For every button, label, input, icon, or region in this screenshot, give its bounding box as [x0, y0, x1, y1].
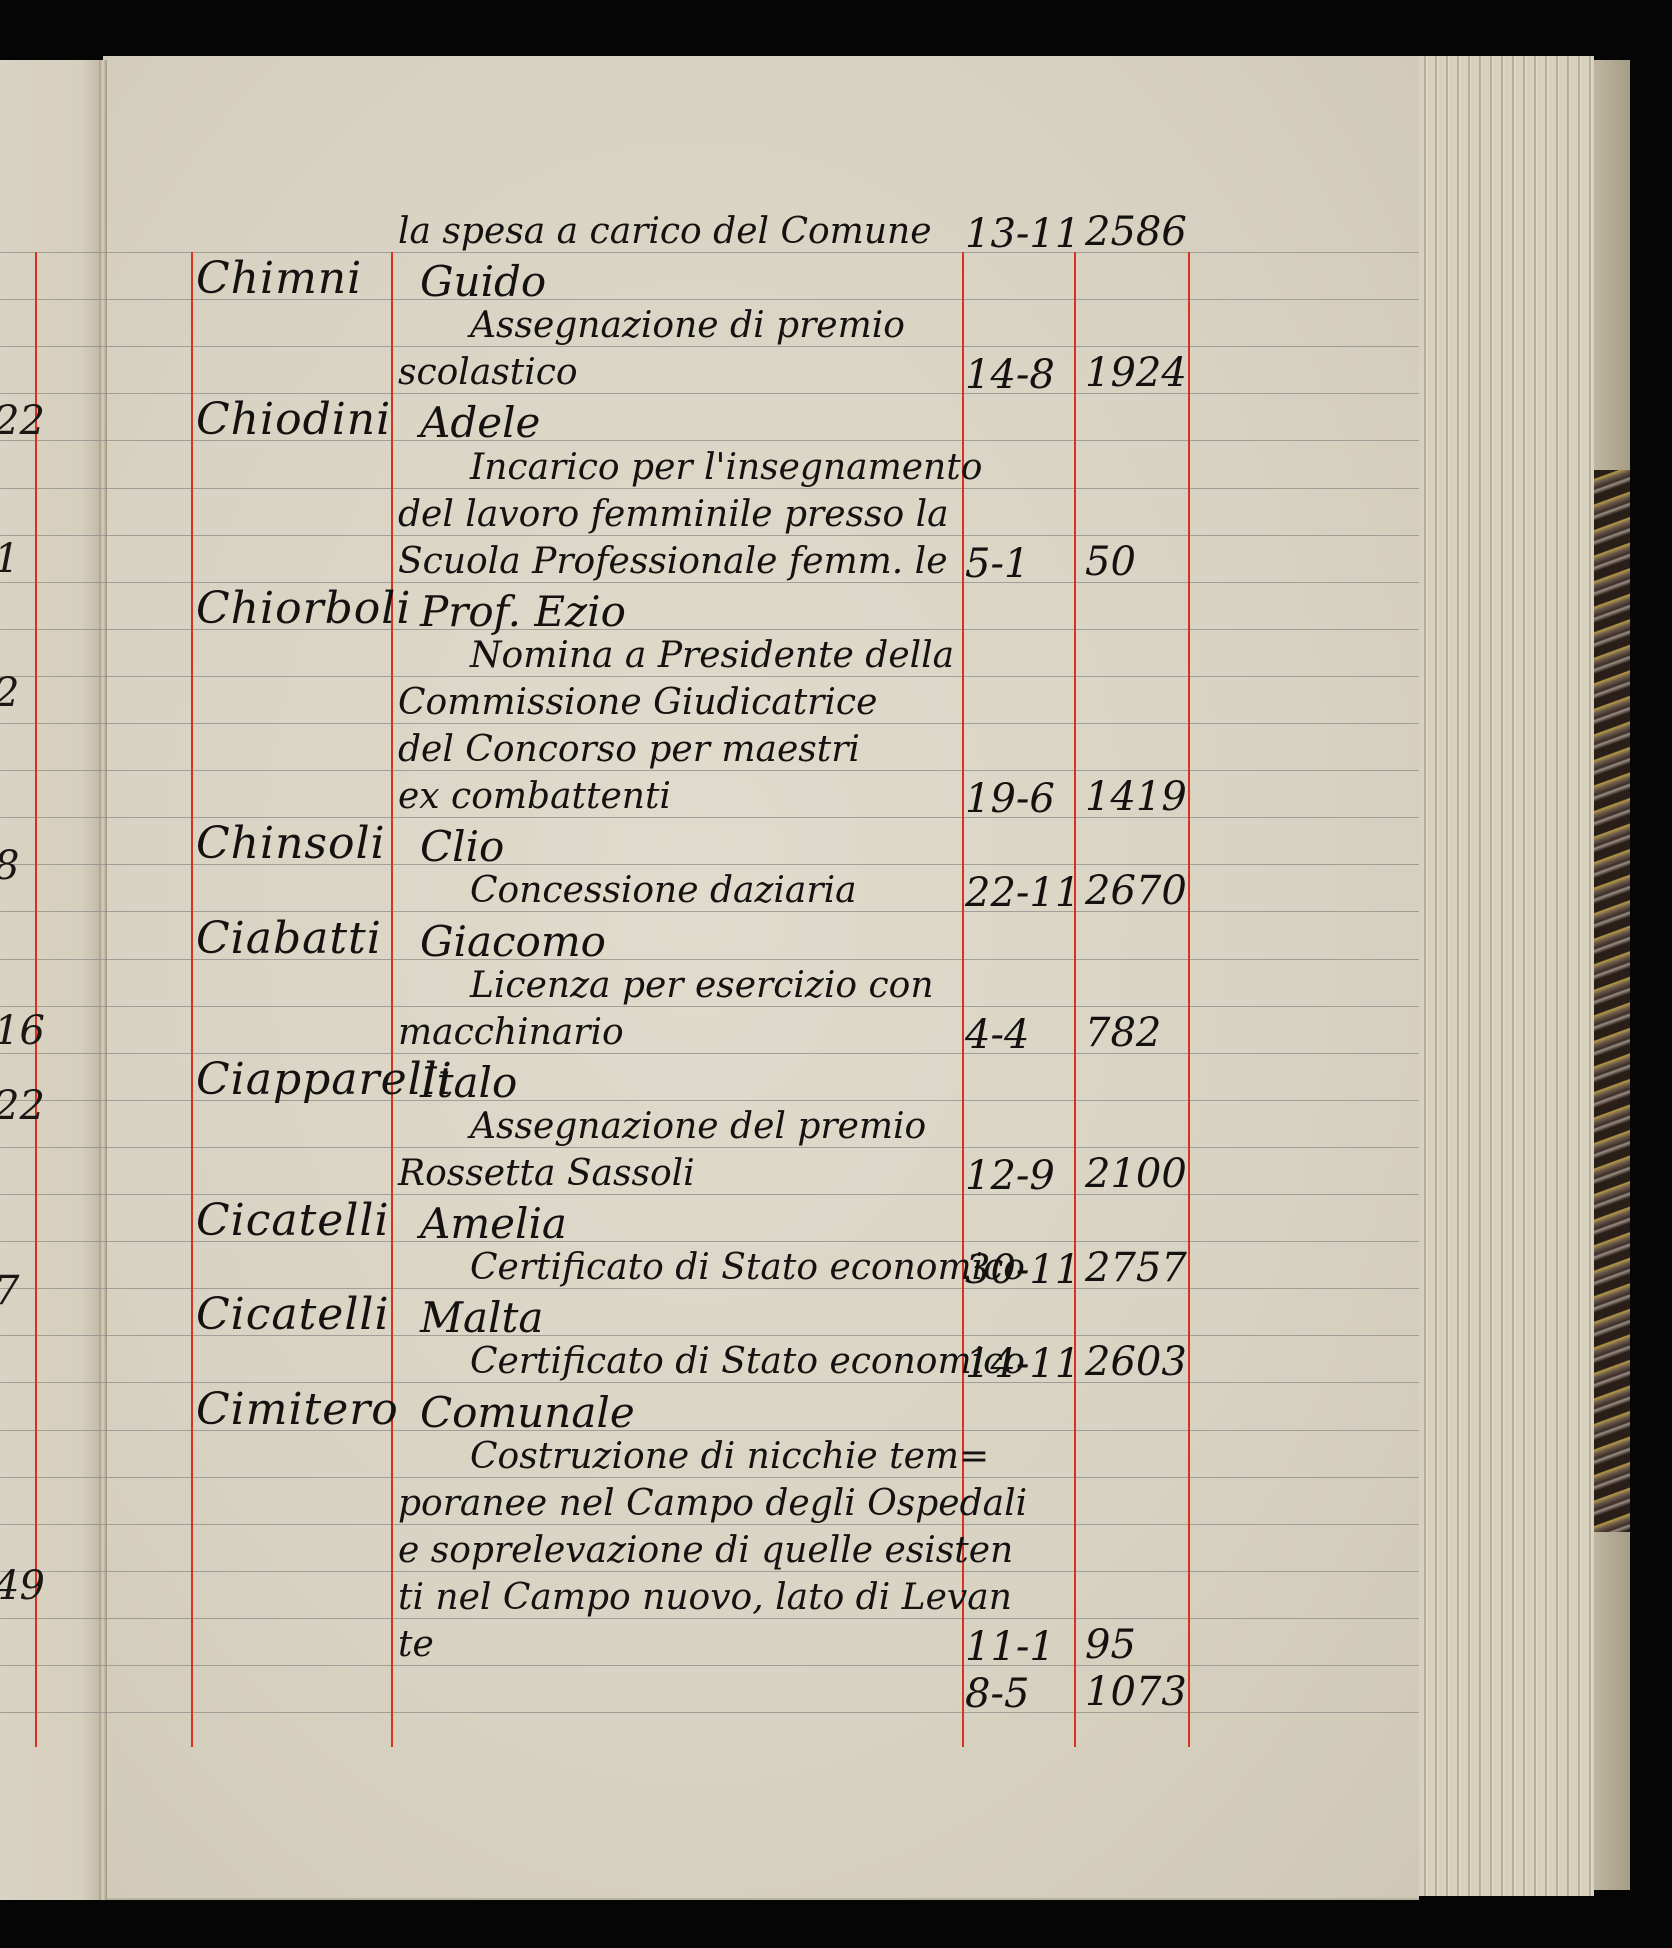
entry-surname: Chiorboli — [196, 587, 411, 631]
entry-date: 5-1 — [965, 544, 1029, 584]
ruled-line — [0, 723, 1419, 724]
ruled-line — [0, 1618, 1419, 1619]
entry-protocol-number: 2586 — [1085, 212, 1187, 252]
entry-date: 4-4 — [965, 1015, 1029, 1055]
entry-description: Assegnazione del premio — [470, 1109, 926, 1145]
entry-protocol-number: 1419 — [1085, 777, 1187, 817]
entry-description: Licenza per esercizio con — [470, 968, 934, 1004]
left-page-number-fragment: 8 — [0, 846, 19, 886]
entry-protocol-number: 50 — [1085, 542, 1136, 582]
red-column-rule — [1074, 252, 1076, 1747]
ruled-line — [0, 1712, 1419, 1713]
entry-description: del lavoro femminile presso la — [398, 497, 949, 533]
ruled-line — [0, 535, 1419, 536]
entry-date: 19-6 — [965, 779, 1055, 819]
entry-given-name: Italo — [420, 1062, 517, 1104]
entry-description: Certificato di Stato economico — [470, 1344, 1025, 1380]
entry-description: scolastico — [398, 355, 578, 391]
entry-date: 8-5 — [965, 1674, 1029, 1714]
ruled-line — [0, 1382, 1419, 1383]
entry-description: poranee nel Campo degli Ospedali — [398, 1486, 1027, 1522]
entry-date: 30-11 — [965, 1250, 1080, 1290]
entry-surname: Cicatelli — [196, 1293, 390, 1337]
ruled-line — [0, 1147, 1419, 1148]
left-page-number-fragment: 22 — [0, 401, 45, 441]
entry-protocol-number: 1924 — [1085, 353, 1187, 393]
entry-given-name: Malta — [420, 1297, 543, 1339]
entry-description: del Concorso per maestri — [398, 732, 860, 768]
entry-surname: Chimni — [196, 257, 362, 301]
entry-description: Commissione Giudicatrice — [398, 685, 877, 721]
entry-surname: Chiodini — [196, 398, 391, 442]
entry-surname: Cimitero — [196, 1388, 399, 1432]
ruled-line — [0, 1571, 1419, 1572]
entry-description: ti nel Campo nuovo, lato di Levan — [398, 1580, 1012, 1616]
entry-surname: Cicatelli — [196, 1199, 390, 1243]
entry-protocol-number: 95 — [1085, 1625, 1136, 1665]
entry-description: macchinario — [398, 1015, 624, 1051]
entry-given-name: Guido — [420, 261, 546, 303]
left-page-number-fragment: 2 — [0, 673, 19, 713]
entry-description: ex combattenti — [398, 779, 671, 815]
entry-description: te — [398, 1627, 434, 1663]
entry-given-name: Comunale — [420, 1392, 635, 1434]
ruled-line — [0, 1524, 1419, 1525]
entry-surname: Ciabatti — [196, 917, 382, 961]
ruled-line — [0, 911, 1419, 912]
left-page-number-fragment: 7 — [0, 1271, 19, 1311]
entry-description: Assegnazione di premio — [470, 308, 905, 344]
entry-description: Scuola Professionale femm. le — [398, 544, 948, 580]
entry-description: e soprelevazione di quelle esisten — [398, 1533, 1013, 1569]
entry-date: 12-9 — [965, 1156, 1055, 1196]
entry-description: Nomina a Presidente della — [470, 638, 954, 674]
ruled-line — [0, 770, 1419, 771]
entry-given-name: Adele — [420, 402, 540, 444]
red-column-rule — [391, 252, 393, 1747]
ruled-line — [0, 488, 1419, 489]
entry-protocol-number: 1073 — [1085, 1672, 1187, 1712]
left-page-number-fragment: 22 — [0, 1086, 45, 1126]
ruled-line — [0, 1006, 1419, 1007]
entry-date: 13-11 — [965, 214, 1080, 254]
entry-description: Incarico per l'insegnamento — [470, 450, 982, 486]
red-column-rule — [191, 252, 193, 1747]
red-column-rule — [35, 252, 37, 1747]
entry-date: 14-11 — [965, 1344, 1080, 1384]
entry-date: 14-8 — [965, 355, 1055, 395]
ruled-line — [0, 676, 1419, 677]
entry-protocol-number: 2670 — [1085, 871, 1187, 911]
ruled-line — [0, 346, 1419, 347]
entry-protocol-number: 2100 — [1085, 1154, 1187, 1194]
left-page-number-fragment: 1 — [0, 539, 19, 579]
entry-given-name: Clio — [420, 826, 504, 868]
entry-description: la spesa a carico del Comune — [398, 214, 932, 250]
entry-surname: Chinsoli — [196, 822, 386, 866]
entry-protocol-number: 782 — [1085, 1013, 1161, 1053]
left-page-number-fragment: 16 — [0, 1011, 45, 1051]
entry-date: 11-1 — [965, 1627, 1055, 1667]
entry-given-name: Prof. Ezio — [420, 591, 626, 633]
ruled-line — [0, 1665, 1419, 1666]
entry-description: Rossetta Sassoli — [398, 1156, 695, 1192]
entry-surname: Ciapparelli — [196, 1058, 453, 1102]
entry-description: Costruzione di nicchie tem= — [470, 1439, 989, 1475]
entry-protocol-number: 2757 — [1085, 1248, 1187, 1288]
entry-protocol-number: 2603 — [1085, 1342, 1187, 1382]
entry-given-name: Giacomo — [420, 921, 606, 963]
entry-description: Certificato di Stato economico — [470, 1250, 1025, 1286]
ruled-line — [0, 1477, 1419, 1478]
red-column-rule — [1188, 252, 1190, 1747]
left-page-number-fragment: 49 — [0, 1566, 45, 1606]
entry-given-name: Amelia — [420, 1203, 567, 1245]
entry-description: Concessione daziaria — [470, 873, 857, 909]
entry-date: 22-11 — [965, 873, 1080, 913]
